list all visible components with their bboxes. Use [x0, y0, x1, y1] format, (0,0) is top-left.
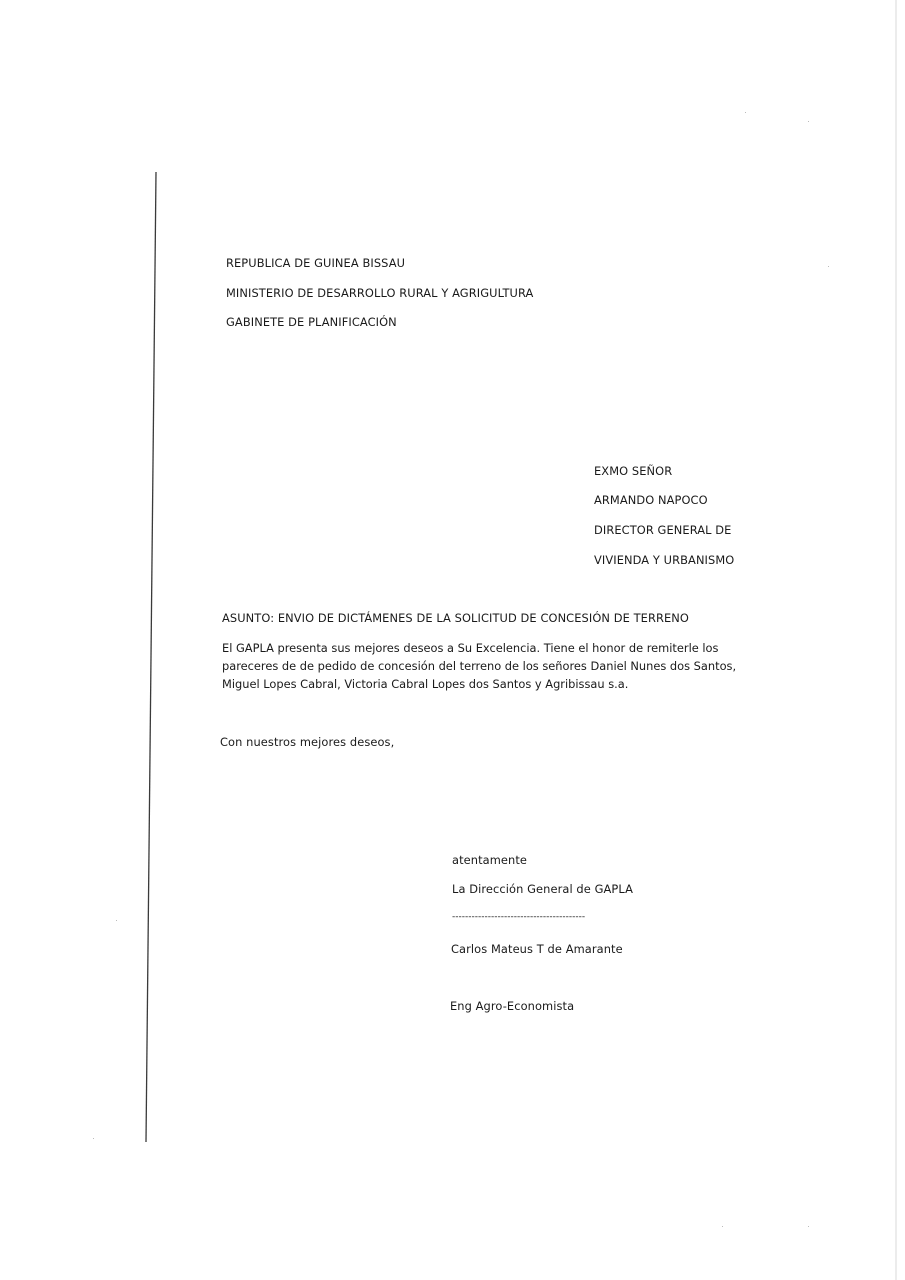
- valediction: atentamente: [452, 853, 527, 867]
- scan-speck: [116, 920, 117, 921]
- recipient-salutation: EXMO SEÑOR: [594, 464, 672, 478]
- page-edge-shadow: [895, 0, 897, 1280]
- scan-speck: [745, 112, 746, 113]
- scanned-letter-page: REPUBLICA DE GUINEA BISSAU MINISTERIO DE…: [0, 0, 905, 1280]
- closing-line: Con nuestros mejores deseos,: [220, 735, 394, 749]
- scan-speck: [828, 266, 829, 267]
- signatory-title: Eng Agro-Economista: [450, 999, 574, 1013]
- signatory-name: Carlos Mateus T de Amarante: [451, 942, 623, 956]
- scan-speck: [808, 1226, 809, 1227]
- body-line: pareceres de de pedido de concesión del …: [222, 659, 736, 673]
- letterhead-office: GABINETE DE PLANIFICACIÓN: [226, 315, 397, 329]
- scan-speck: [722, 1226, 723, 1227]
- body-line: El GAPLA presenta sus mejores deseos a S…: [222, 641, 718, 655]
- scan-speck: [93, 1138, 94, 1139]
- signature-line: ----------------------------------------…: [452, 910, 585, 924]
- left-margin-rule: [0, 0, 905, 1280]
- scan-speck: [808, 121, 809, 122]
- recipient-department: VIVIENDA Y URBANISMO: [594, 553, 734, 567]
- recipient-title: DIRECTOR GENERAL DE: [594, 523, 731, 537]
- body-line: Miguel Lopes Cabral, Victoria Cabral Lop…: [222, 677, 628, 691]
- subject-line: ASUNTO: ENVIO DE DICTÁMENES DE LA SOLICI…: [222, 611, 689, 625]
- recipient-name: ARMANDO NAPOCO: [594, 493, 708, 507]
- signing-office: La Dirección General de GAPLA: [452, 882, 633, 896]
- letterhead-country: REPUBLICA DE GUINEA BISSAU: [226, 256, 405, 270]
- letterhead-ministry: MINISTERIO DE DESARROLLO RURAL Y AGRIGUL…: [226, 286, 533, 300]
